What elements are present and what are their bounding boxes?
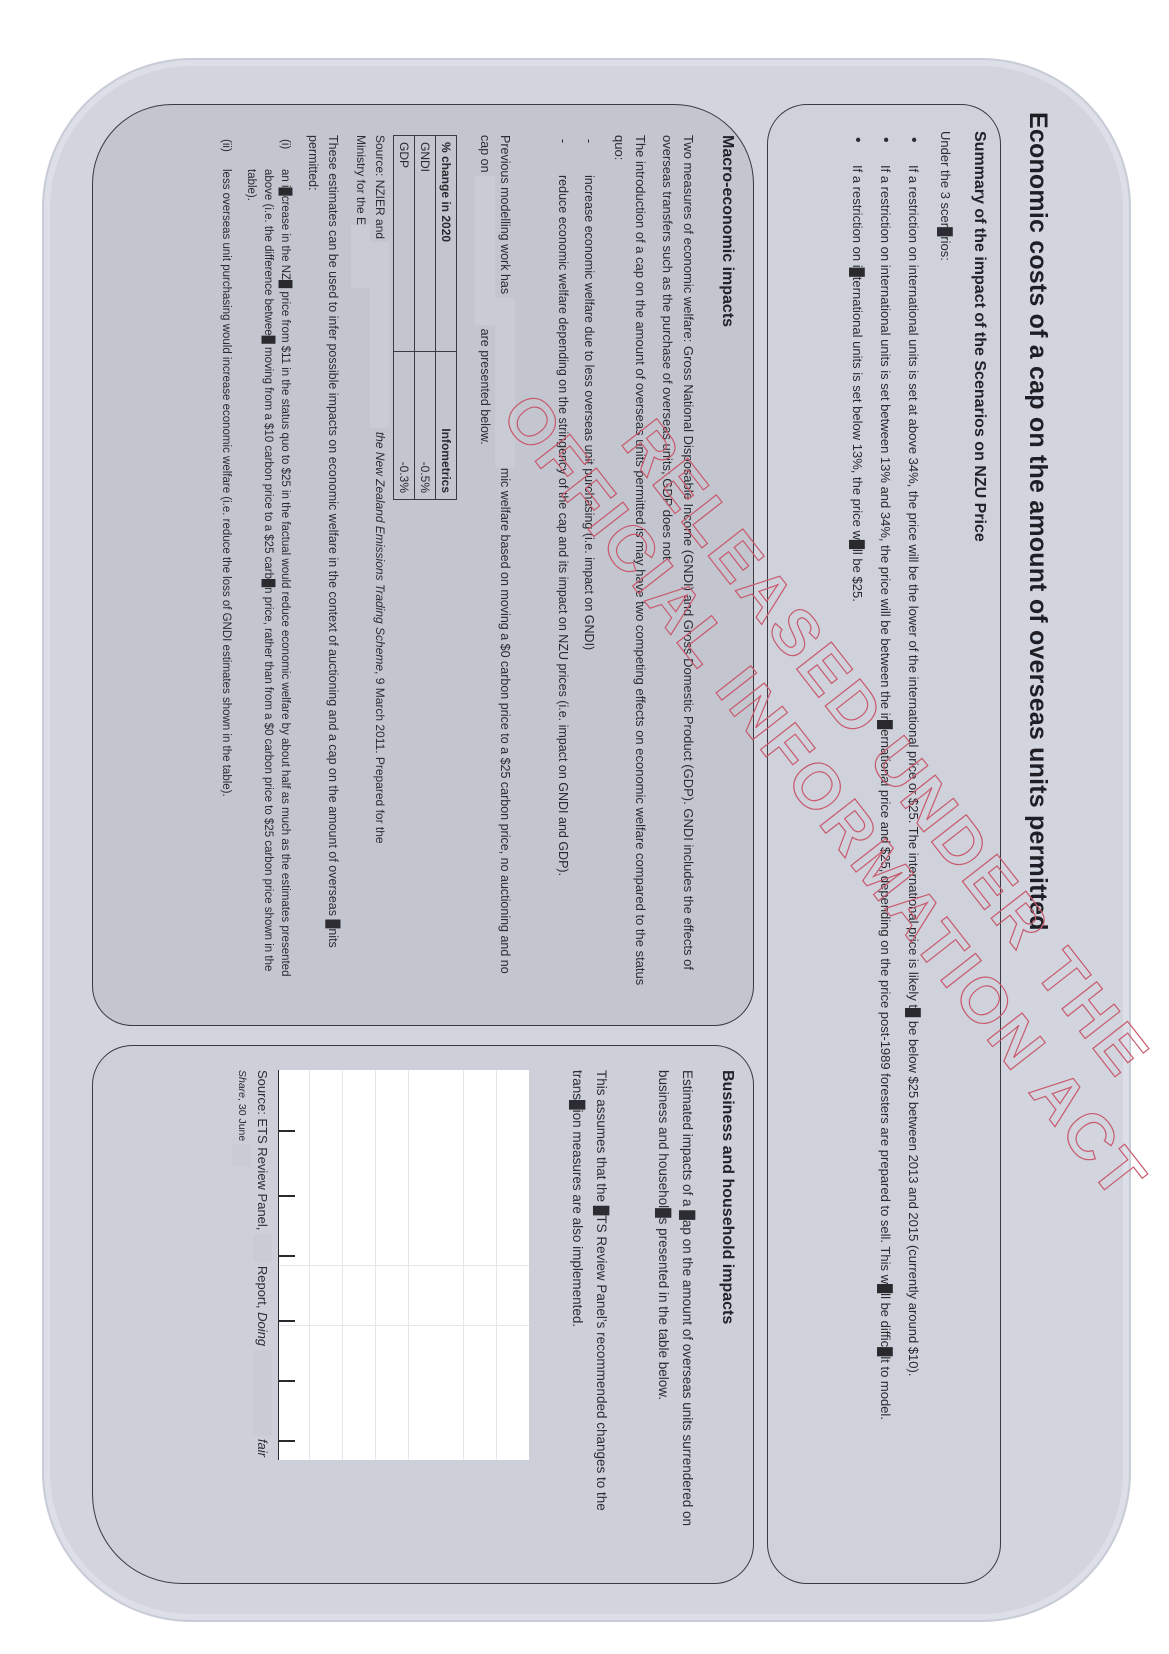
table-header: % change in 2020 [436,136,457,352]
summary-panel: Summary of the impact of the Scenarios o… [767,104,1001,1584]
redaction: Final [253,1234,272,1262]
redaction: 2011 [232,1144,251,1167]
effect-item: reduce economic welfare depending on the… [553,135,573,995]
table-column-tick [279,1255,295,1257]
macro-para-inference: These estimates can be used to infer pos… [303,135,343,1005]
macro-heading: Macro-economic impacts [718,135,736,327]
macro-para-introduction: The introduction of a cap on the amount … [609,135,651,995]
table-cell: -0.3% [394,351,415,499]
table-column-tick [279,1380,295,1382]
business-para-estimates: Estimated impacts of a █ap on the amount… [651,1070,699,1560]
redaction: nvironment. [351,225,370,288]
scenario-bullet: If a restriction on international units … [875,131,896,1551]
scenario-bullet: If a restriction on i█ternational units … [847,131,868,1551]
scanned-page: Economic costs of a cap on the amount of… [0,0,1169,1654]
macro-effects: increase economic welfare due to less ov… [547,135,599,995]
inference-item: (ii)less overseas unit purchasing would … [217,135,234,995]
business-source: Source: ETS Review Panel, Final Report, … [253,1070,272,1540]
business-para-assumption: This assumes that the █TS Review Panel’s… [565,1070,613,1560]
table-header-row: % change in 2020 Infometrics [436,136,457,500]
macro-para-measures: Two measures of economic welfare: Gross … [657,135,699,995]
summary-bullets: If a restriction on international units … [840,131,924,1551]
table-column-tick [279,1195,295,1197]
table-cell: -0.5% [415,351,436,499]
macro-inferences: (i)an i█crease in the NZ█ price from $11… [209,135,293,995]
redaction: Infometrics, Economic modelling of [370,242,389,428]
table-row: GNDI -0.5% [415,136,436,500]
gndi-gdp-table: % change in 2020 Infometrics GNDI -0.5% … [393,135,457,500]
macro-para-modelling: Previous modelling work has estimated th… [475,135,515,995]
macro-source: Source: NZIER and Infometrics, Economic … [351,135,389,995]
scenario-bullet: If a restriction on international units … [903,131,924,1551]
table-header: Infometrics [436,351,457,499]
effect-item: increase economic welfare due to less ov… [579,135,599,995]
table-column-tick [279,1320,295,1322]
inference-item: (i)an i█crease in the NZ█ price from $11… [242,135,293,995]
table-column-tick [279,1130,295,1132]
redaction: overseas units. The results [475,176,495,325]
summary-heading: Summary of the impact of the Scenarios o… [970,131,988,542]
table-row: GDP -0.3% [394,136,415,500]
business-heading: Business and household impacts [718,1070,736,1324]
business-impacts-table-blank [278,1070,529,1460]
redaction: estimated the impact on econo [495,298,515,468]
table-column-tick [279,1440,295,1442]
table-cell: GNDI [415,136,436,352]
table-cell: GDP [394,136,415,352]
document-title: Economic costs of a cap on the amount of… [1023,112,1052,931]
summary-intro: Under the 3 scer█rios: [935,131,956,261]
redaction: New Zealand's [253,1350,272,1436]
business-source-date: Share, 30 June 2011 [232,1070,251,1167]
